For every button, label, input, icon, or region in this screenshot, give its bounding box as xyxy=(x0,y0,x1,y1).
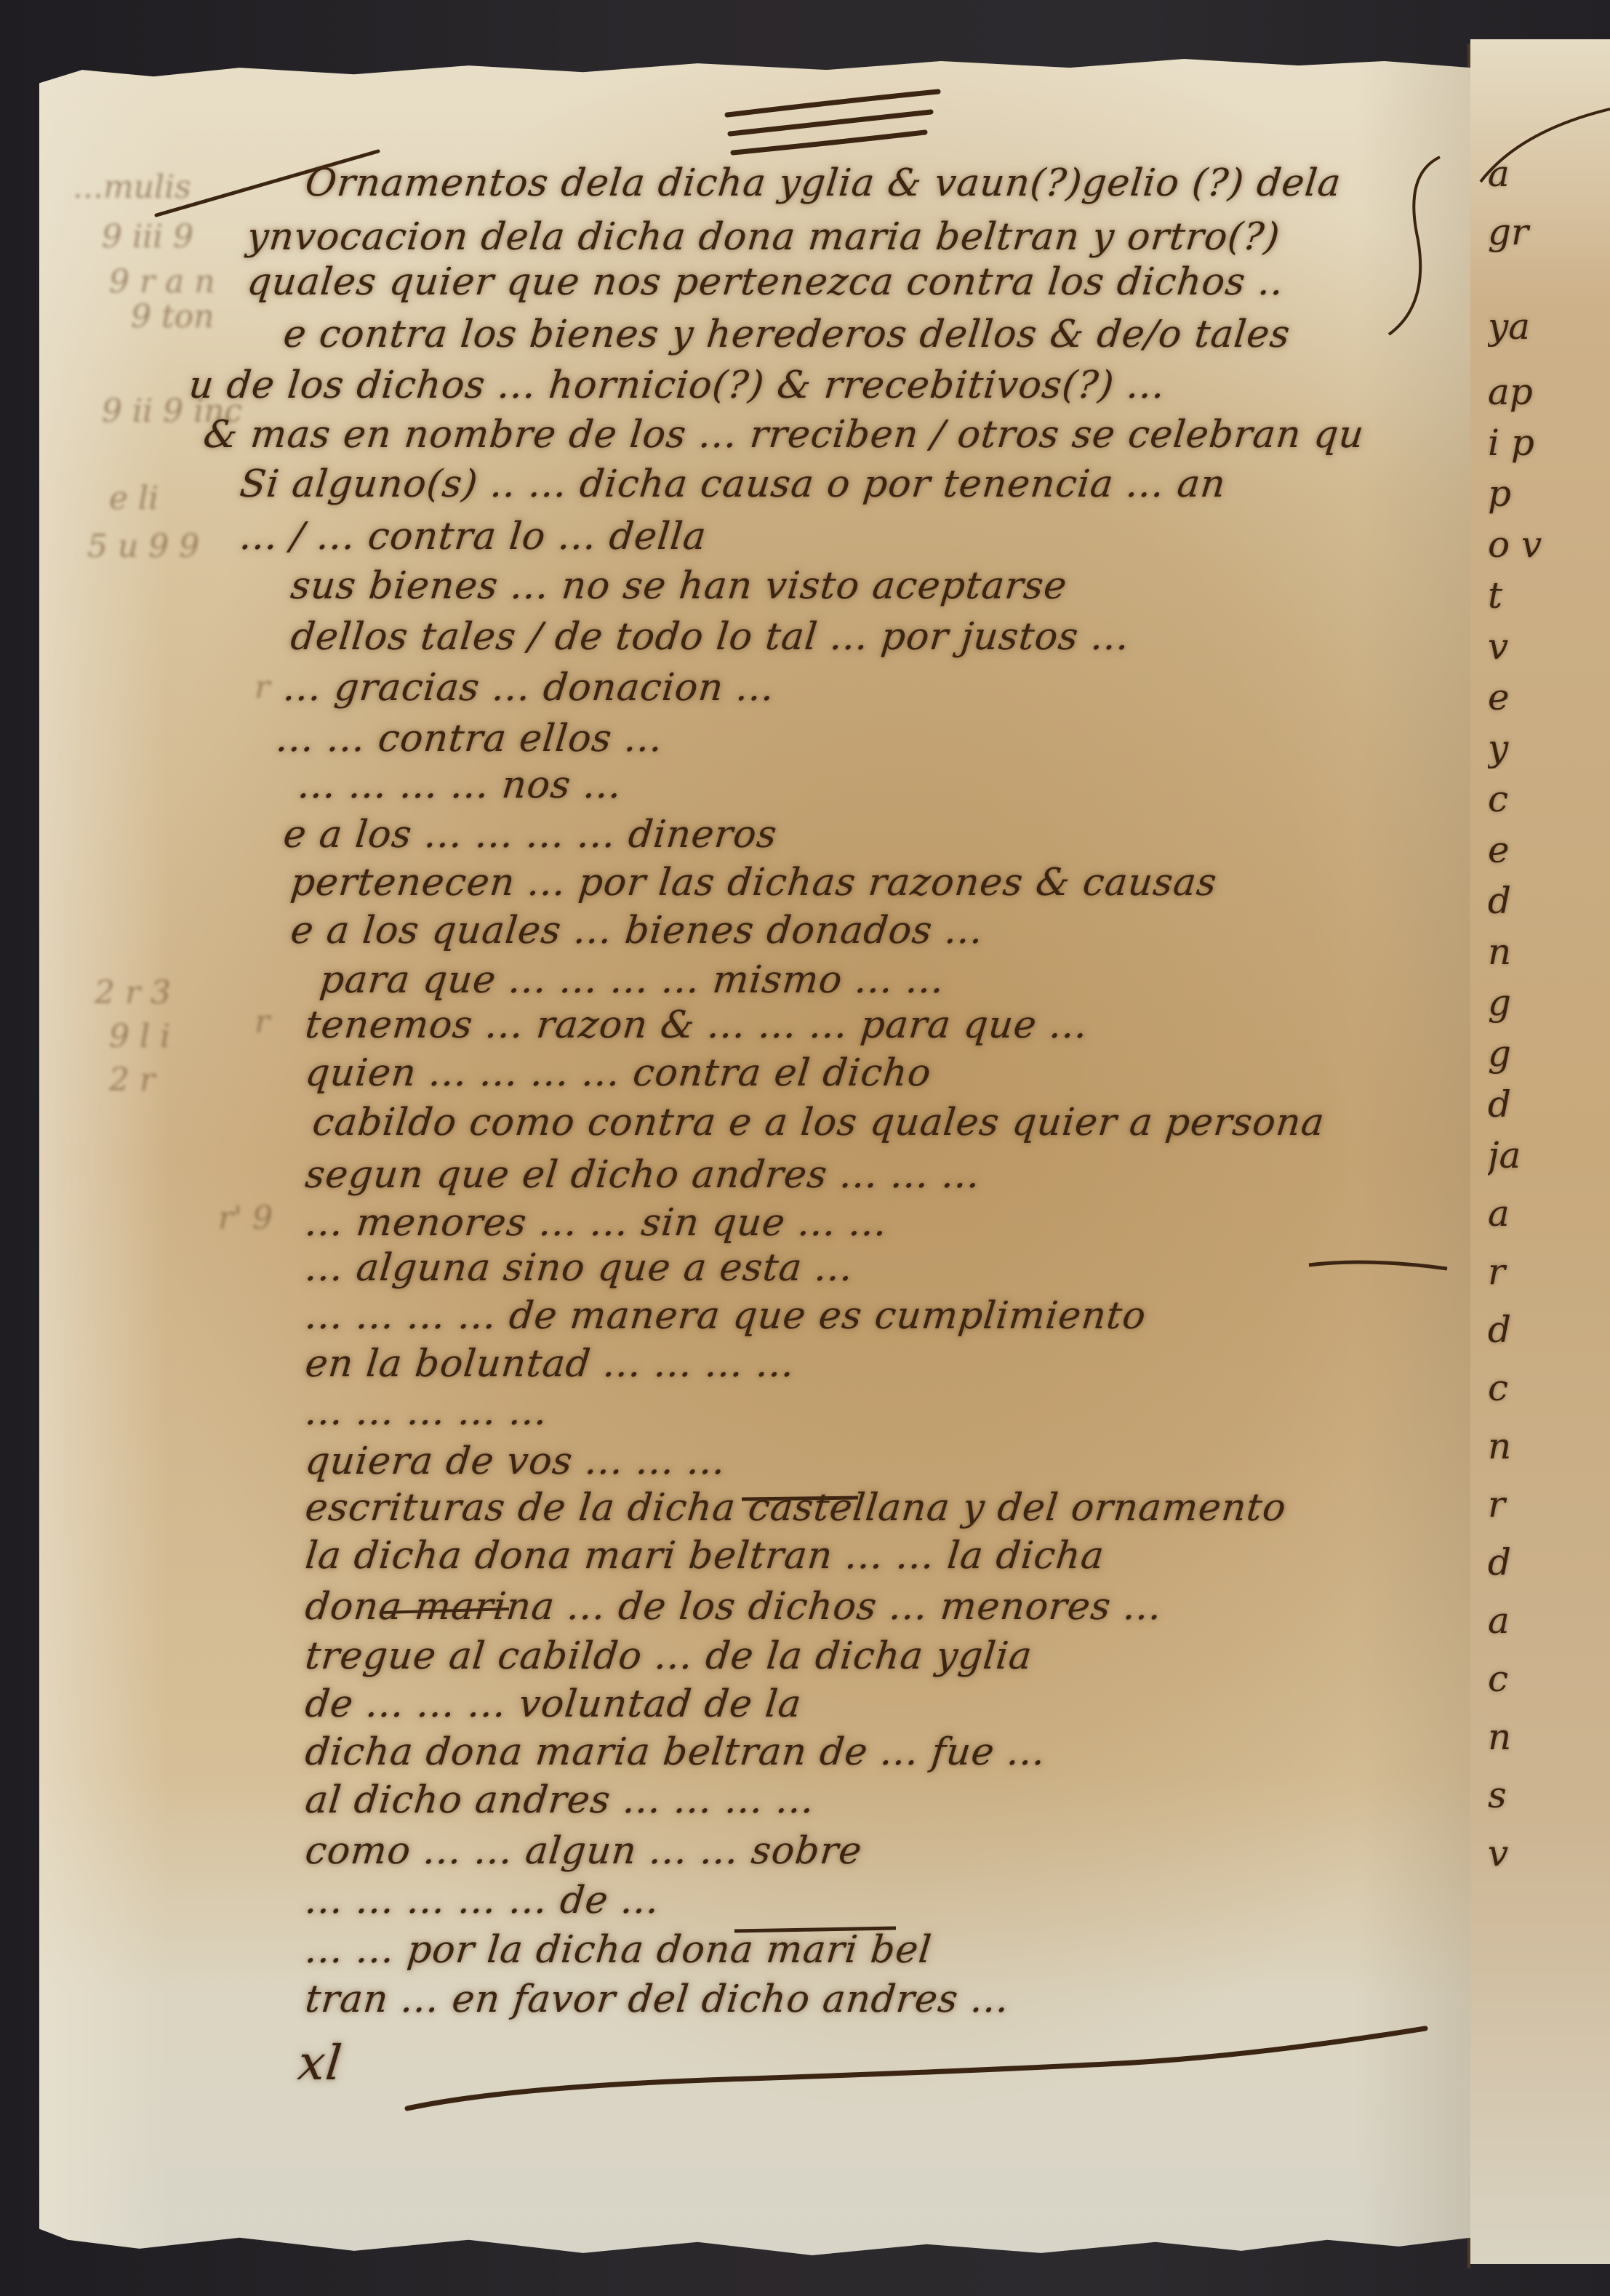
facing-fragment: y xyxy=(1488,727,1610,769)
text-line: ... ... ... ... ... de ... xyxy=(303,1879,662,1922)
text-line: tregue al cabildo ... de la dicha yglia xyxy=(303,1634,1035,1678)
facing-fragment: a xyxy=(1488,153,1610,195)
facing-fragment: p xyxy=(1488,473,1610,515)
facing-fragment: gr xyxy=(1488,211,1610,253)
text-line: ... ... contra ellos ... xyxy=(274,717,665,760)
margin-note: 9 r a n xyxy=(109,263,215,300)
facing-fragment: e xyxy=(1488,676,1610,718)
facing-fragment: g xyxy=(1488,982,1610,1024)
margin-note: 2 r 3 xyxy=(95,974,171,1011)
facing-fragment: v xyxy=(1488,625,1610,667)
text-line: escrituras de la dicha castellana y del … xyxy=(303,1486,1289,1530)
facing-fragment: r xyxy=(1488,1483,1610,1525)
text-line: pertenecen ... por las dichas razones & … xyxy=(289,861,1219,904)
facing-fragment: d xyxy=(1488,1083,1610,1125)
text-line: tran ... en favor del dicho andres ... xyxy=(303,1978,1012,2021)
facing-fragment: d xyxy=(1488,880,1610,922)
text-line: ... / ... contra lo ... della xyxy=(238,515,709,558)
text-line: quiera de vos ... ... ... xyxy=(303,1440,728,1483)
facing-fragment: d xyxy=(1488,1309,1610,1351)
text-line: & mas en nombre de los ... rreciben / ot… xyxy=(201,413,1366,457)
text-line: dellos tales / de todo lo tal ... por ju… xyxy=(289,615,1132,659)
text-line: cabildo como contra e a los quales quier… xyxy=(311,1101,1327,1144)
text-line: quien ... ... ... ... contra el dicho xyxy=(303,1051,934,1095)
margin-note: 2 r xyxy=(109,1061,155,1099)
text-line: e contra los bienes y herederos dellos &… xyxy=(281,313,1292,356)
facing-fragment: g xyxy=(1488,1032,1610,1075)
facing-fragment: ya xyxy=(1488,305,1610,348)
text-line: e a los quales ... bienes donados ... xyxy=(289,909,985,952)
text-line: ... menores ... ... sin que ... ... xyxy=(303,1201,890,1245)
text-line: u de los dichos ... hornicio(?) & rreceb… xyxy=(187,364,1168,407)
text-line: ... gracias ... donacion ... xyxy=(281,666,777,710)
facing-fragment: n xyxy=(1488,1716,1610,1758)
text-line: ... ... ... ... nos ... xyxy=(296,763,624,807)
text-line: quales quier que nos pertenezca contra l… xyxy=(245,260,1286,304)
text-line: para que ... ... ... ... mismo ... ... xyxy=(318,958,947,1002)
text-line: tenemos ... razon & ... ... ... para que… xyxy=(303,1003,1090,1047)
text-line: Ornamentos dela dicha yglia & vaun(?)gel… xyxy=(303,161,1343,205)
margin-note: 9 l i xyxy=(109,1018,170,1055)
facing-fragment: a xyxy=(1488,1192,1610,1235)
text-line: ... ... por la dicha dona mari bel xyxy=(303,1928,934,1972)
text-line: como ... ... algun ... ... sobre xyxy=(303,1829,865,1873)
margin-note: r' 9 xyxy=(218,1200,273,1237)
text-line: la dicha dona mari beltran ... ... la di… xyxy=(303,1534,1107,1578)
facing-fragment: c xyxy=(1488,1658,1610,1700)
facing-fragment: d xyxy=(1488,1541,1610,1583)
text-line: en la boluntad ... ... ... ... xyxy=(303,1342,797,1386)
facing-fragment: s xyxy=(1488,1774,1610,1816)
margin-note: ...mulis xyxy=(73,169,191,206)
text-line: al dicho andres ... ... ... ... xyxy=(303,1778,817,1822)
facing-fragment: i p xyxy=(1488,422,1610,464)
text-line: de ... ... ... voluntad de la xyxy=(303,1682,804,1726)
text-line: ynvocacion dela dicha dona maria beltran… xyxy=(245,215,1282,259)
text-line: segun que el dicho andres ... ... ... xyxy=(303,1153,982,1197)
text-line: sus bienes ... no se han visto aceptarse xyxy=(289,564,1070,608)
facing-fragment: ap xyxy=(1488,371,1610,413)
closing-mark: xl xyxy=(296,2042,345,2085)
margin-note: 5 u 9 9 xyxy=(87,528,199,565)
facing-fragment: t xyxy=(1488,574,1610,617)
text-line: e a los ... ... ... ... dineros xyxy=(281,813,780,856)
margin-note: e li xyxy=(109,480,159,517)
facing-fragment: r xyxy=(1488,1251,1610,1293)
text-line: ... ... ... ... de manera que es cumplim… xyxy=(303,1294,1148,1338)
margin-note: 9 ton xyxy=(131,298,215,335)
margin-note: 9 iii 9 xyxy=(102,218,193,255)
facing-fragment: a xyxy=(1488,1599,1610,1642)
facing-fragment: n xyxy=(1488,1425,1610,1467)
facing-fragment: v xyxy=(1488,1832,1610,1874)
facing-fragment: n xyxy=(1488,931,1610,973)
margin-note: r xyxy=(255,1003,270,1040)
text-line: ... alguna sino que a esta ... xyxy=(303,1246,856,1290)
facing-fragment: c xyxy=(1488,1367,1610,1409)
text-line: ... ... ... ... ... xyxy=(303,1390,550,1434)
facing-fragment: e xyxy=(1488,829,1610,871)
facing-fragment: o v xyxy=(1488,523,1610,566)
text-line: dicha dona maria beltran de ... fue ... xyxy=(303,1730,1048,1774)
text-line: Si alguno(s) .. ... dicha causa o por te… xyxy=(238,462,1228,506)
margin-note: r xyxy=(255,669,270,706)
facing-fragment: c xyxy=(1488,778,1610,820)
text-line: dona marina ... de los dichos ... menore… xyxy=(303,1585,1164,1629)
facing-fragment: ja xyxy=(1488,1134,1610,1176)
